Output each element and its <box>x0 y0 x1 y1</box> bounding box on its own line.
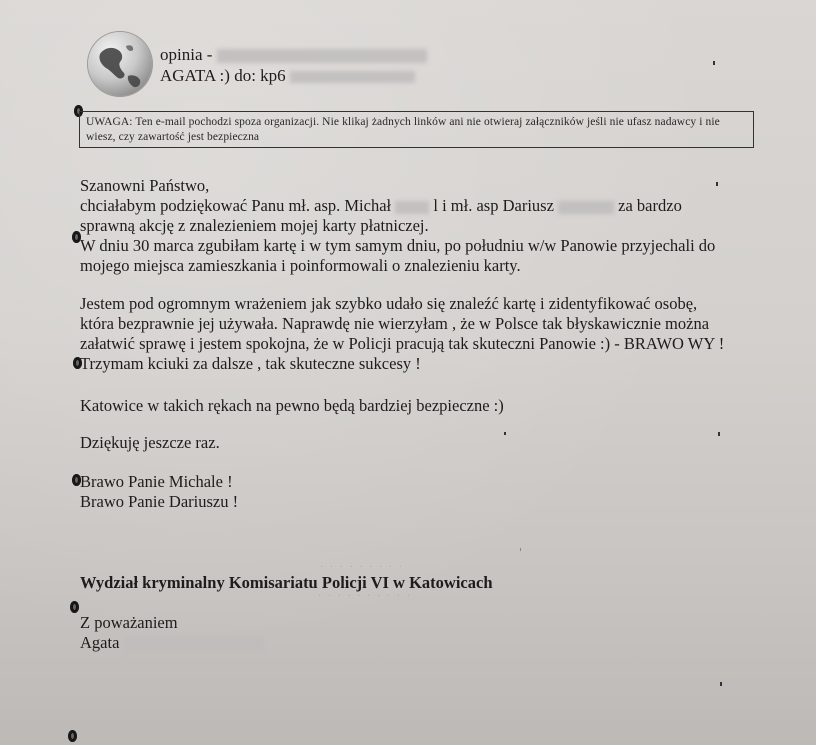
letter-line: Trzymam kciuki za dalsze , tak skuteczne… <box>80 354 421 374</box>
letter-line: która bezprawnie jej używała. Naprawdę n… <box>80 314 709 334</box>
email-sender-line: AGATA :) do: kp6 <box>160 65 427 86</box>
redacted-recipient-date <box>290 71 415 83</box>
redacted-subject <box>217 49 427 63</box>
redacted-surname <box>558 201 614 214</box>
letter-line: W dniu 30 marca zgubiłam kartę i w tym s… <box>80 236 715 256</box>
paper-speck <box>520 548 521 551</box>
punch-hole <box>70 601 79 613</box>
letter-signature: Agata <box>80 633 264 653</box>
letter-line: Brawo Panie Michale ! <box>80 472 233 492</box>
letter-line: Katowice w takich rękach na pewno będą b… <box>80 396 504 416</box>
letter-line: Brawo Panie Dariuszu ! <box>80 492 238 512</box>
department-line: Wydział kryminalny Komisariatu Policji V… <box>80 573 493 593</box>
letter-greeting: Szanowni Państwo, <box>80 176 209 196</box>
letter-line: Dziękuję jeszcze raz. <box>80 433 220 453</box>
letter-line: załatwić sprawę i jestem spokojna, że w … <box>80 334 724 354</box>
letter-line: chciałabym podziękować Panu mł. asp. Mic… <box>80 196 682 216</box>
faint-stamp-mark: · · · · · · · · · · <box>318 591 412 602</box>
external-email-warning: UWAGA: Ten e-mail pochodzi spoza organiz… <box>79 111 754 148</box>
paper-speck <box>718 432 720 436</box>
punch-hole <box>68 730 77 742</box>
email-subject: opinia - <box>160 44 427 65</box>
redacted-surname <box>124 637 264 651</box>
letter-line: Jestem pod ogromnym wrażeniem jak szybko… <box>80 294 697 314</box>
paper-speck <box>716 182 718 186</box>
email-header: opinia - AGATA :) do: kp6 <box>160 44 427 86</box>
letter-closing: Z poważaniem <box>80 613 178 633</box>
letter-line: mojego miejsca zamieszkania i poinformow… <box>80 256 521 276</box>
globe-icon <box>88 32 152 96</box>
faint-stamp-mark: · · · · · · · · · <box>320 562 404 573</box>
paper-speck <box>504 432 506 435</box>
letter-line: sprawną akcję z znalezieniem mojej karty… <box>80 216 429 236</box>
paper-speck <box>720 682 722 686</box>
redacted-surname <box>395 201 429 214</box>
paper-speck <box>713 61 715 65</box>
